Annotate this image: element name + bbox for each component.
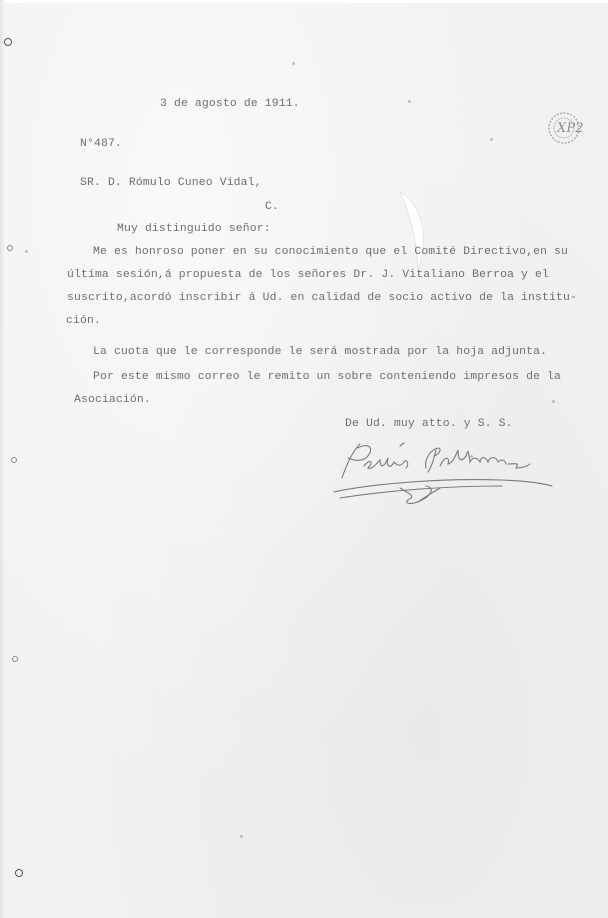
letter-body-line: suscrito,acordó inscribir á Ud. en calid…: [67, 291, 577, 305]
page-top-edge: [0, 0, 608, 3]
paper-speck: [292, 62, 295, 65]
page-left-edge: [0, 0, 4, 918]
institution-stamp: XP2: [544, 108, 594, 152]
letter-closing: De Ud. muy atto. y S. S.: [345, 417, 513, 431]
punch-hole-icon: [11, 457, 17, 463]
stamp-text: XP2: [557, 121, 584, 136]
letter-body-line: La cuota que le corresponde le será most…: [93, 345, 547, 359]
letter-body-line: Asociación.: [74, 393, 151, 407]
letter-recipient: SR. D. Rómulo Cuneo Vidal,: [80, 176, 262, 190]
paper-speck: [240, 835, 243, 838]
paper-speck: [552, 400, 555, 403]
paper-speck: [25, 250, 28, 253]
letter-number: N°487.: [80, 137, 122, 151]
punch-hole-icon: [7, 245, 13, 251]
letter-body-line: Me es honroso poner en su conocimiento q…: [93, 245, 568, 259]
handwritten-signature: [330, 440, 560, 510]
letter-date: 3 de agosto de 1911.: [160, 97, 300, 111]
scanned-letter-page: XP2 3 de agosto de 1911. N°487. SR. D. R…: [0, 0, 608, 918]
letter-body-line: última sesión,á propuesta de los señores…: [67, 268, 549, 282]
letter-body-line: ción.: [66, 314, 101, 328]
punch-hole-icon: [15, 869, 23, 877]
punch-hole-icon: [12, 656, 18, 662]
paper-speck: [490, 138, 493, 141]
punch-hole-icon: [4, 38, 12, 46]
letter-salutation: Muy distinguido señor:: [117, 222, 271, 236]
letter-body-line: Por este mismo correo le remito un sobre…: [93, 370, 561, 384]
paper-speck: [408, 100, 411, 103]
letter-city: C.: [265, 200, 279, 214]
